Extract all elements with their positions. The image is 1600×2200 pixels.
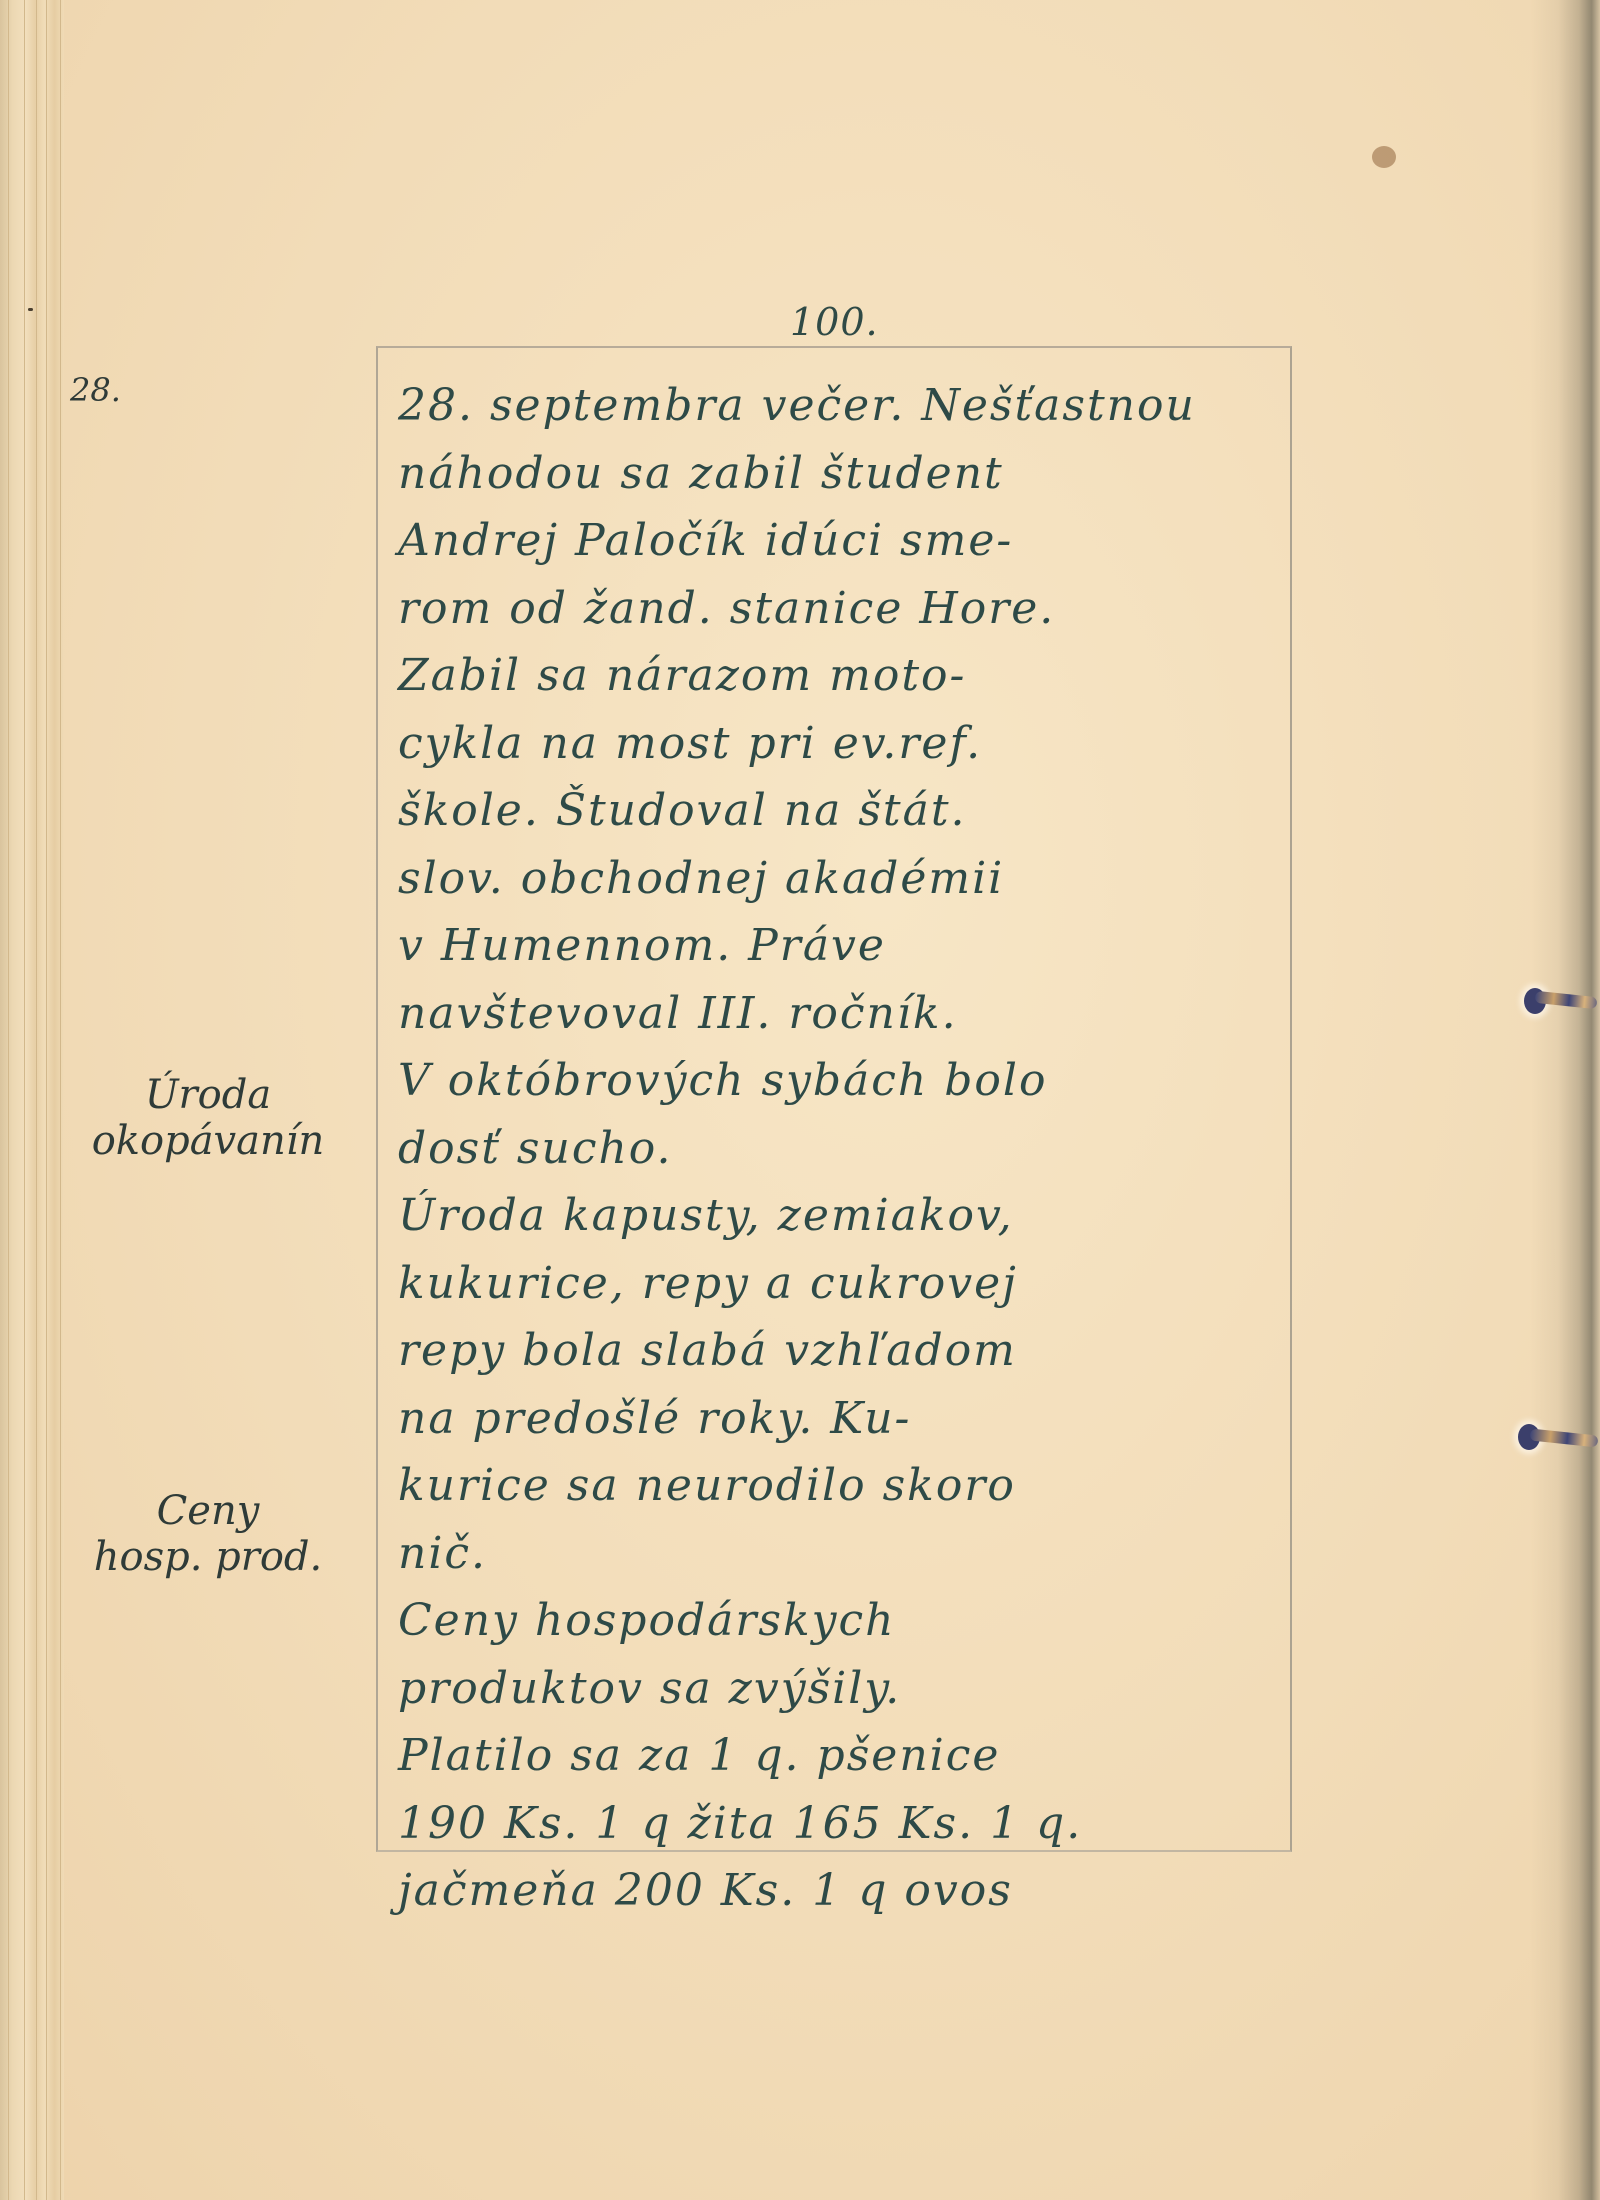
- entry-line: 190 Ks. 1 q žita 165 Ks. 1 q.: [398, 1790, 1298, 1858]
- margin-note-prices: Ceny hosp. prod.: [58, 1488, 358, 1580]
- entry-line: V októbrových sybách bolo: [398, 1047, 1298, 1115]
- entry-line: Andrej Paločík idúci sme-: [398, 507, 1298, 575]
- entry-line: náhodou sa zabil študent: [398, 440, 1298, 508]
- page-edge-line: [24, 0, 25, 2200]
- entry-line: kukurice, repy a cukrovej: [398, 1250, 1298, 1318]
- entry-line: Úroda kapusty, zemiakov,: [398, 1182, 1298, 1250]
- margin-note-harvest: Úroda okopávanín: [58, 1072, 358, 1164]
- entry-line: Zabil sa nárazom moto-: [398, 642, 1298, 710]
- entry-line: slov. obchodnej akadémii: [398, 845, 1298, 913]
- entry-line: cykla na most pri ev.ref.: [398, 710, 1298, 778]
- entry-line: dosť sucho.: [398, 1115, 1298, 1183]
- page-edge-line: [36, 0, 37, 2200]
- entry-line: jačmeňa 200 Ks. 1 q ovos: [398, 1857, 1298, 1925]
- entry-line: na predošlé roky. Ku-: [398, 1385, 1298, 1453]
- edge-mark: [28, 308, 33, 311]
- entry-line: navštevoval III. ročník.: [398, 980, 1298, 1048]
- margin-note-line: okopávanín: [58, 1118, 358, 1164]
- chronicle-entry: 28. septembra večer. Nešťastnou náhodou …: [398, 372, 1298, 1925]
- page-number: 100.: [790, 300, 879, 344]
- entry-line: v Humennom. Práve: [398, 912, 1298, 980]
- scanned-page: 100. 28. Úroda okopávanín Ceny hosp. pro…: [0, 0, 1600, 2200]
- page-edge-line: [8, 0, 9, 2200]
- entry-line: nič.: [398, 1520, 1298, 1588]
- entry-line: rom od žand. stanice Hore.: [398, 575, 1298, 643]
- margin-note-line: Ceny: [58, 1488, 358, 1534]
- entry-line: 28. septembra večer. Nešťastnou: [398, 372, 1298, 440]
- margin-note-line: hosp. prod.: [58, 1534, 358, 1580]
- entry-line: Platilo sa za 1 q. pšenice: [398, 1722, 1298, 1790]
- page-edge-line: [46, 0, 47, 2200]
- entry-line: produktov sa zvýšily.: [398, 1655, 1298, 1723]
- margin-note-line: Úroda: [58, 1072, 358, 1118]
- margin-date: 28.: [70, 372, 121, 409]
- ink-stain: [1372, 146, 1396, 168]
- entry-line: Ceny hospodárskych: [398, 1587, 1298, 1655]
- entry-line: kurice sa neurodilo skoro: [398, 1452, 1298, 1520]
- binding-gutter-shadow: [1530, 0, 1600, 2200]
- stacked-page-edges: [0, 0, 64, 2200]
- entry-line: repy bola slabá vzhľadom: [398, 1317, 1298, 1385]
- entry-line: škole. Študoval na štát.: [398, 777, 1298, 845]
